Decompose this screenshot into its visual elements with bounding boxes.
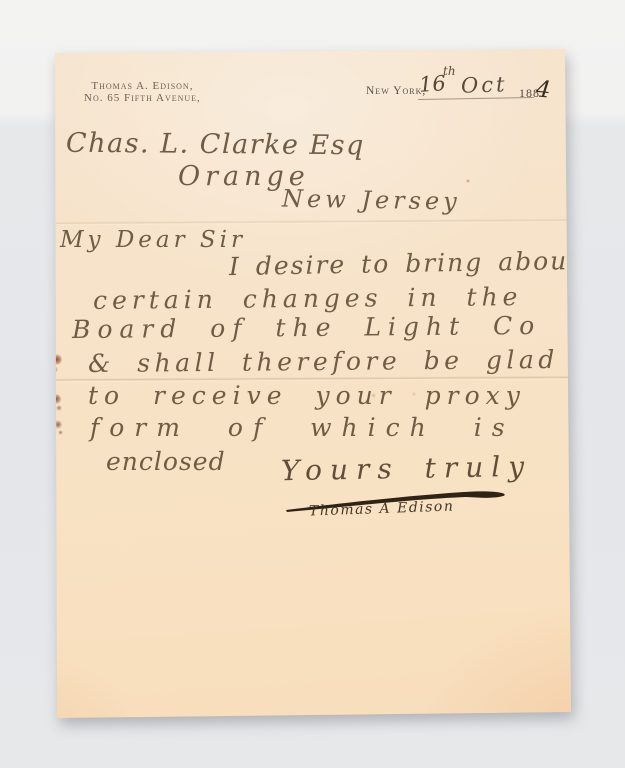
- photo-background: Thomas A. Edison, No. 65 Fifth Avenue, N…: [0, 0, 625, 768]
- salutation: My Dear Sir: [60, 227, 246, 253]
- recipient-name: Chas. L. Clarke Esq: [66, 128, 365, 162]
- body-line: to receive your proxy: [88, 381, 526, 410]
- foxing-spot: [56, 405, 62, 411]
- dateline-day-suffix: th: [443, 64, 456, 78]
- fold-crease-top: [56, 218, 568, 225]
- body-line: I desire to bring about: [229, 246, 581, 281]
- dateline-month: Oct: [461, 72, 508, 98]
- foxing-spot: [52, 354, 62, 365]
- letter-paper: Thomas A. Edison, No. 65 Fifth Avenue, N…: [0, 0, 625, 768]
- letterhead-name: Thomas A. Edison,: [84, 80, 201, 92]
- letter-paper-shadow: Thomas A. Edison, No. 65 Fifth Avenue, N…: [0, 0, 625, 768]
- foxing-spot: [50, 338, 55, 344]
- closing: Yours truly: [281, 450, 533, 487]
- signature: Thomas A Edison: [309, 498, 455, 519]
- foxing-spot: [54, 420, 62, 429]
- body-line: & shall therefore be glad: [88, 345, 559, 378]
- dateline-rule: [418, 97, 534, 100]
- body-line: enclosed: [106, 447, 226, 476]
- body-line: form of which is: [90, 413, 515, 442]
- body-line: Board of the Light Co: [72, 311, 541, 344]
- letterhead-address: No. 65 Fifth Avenue,: [84, 92, 201, 104]
- foxing-spot: [52, 394, 61, 404]
- recipient-state: New Jersey: [282, 184, 461, 215]
- letterhead: Thomas A. Edison, No. 65 Fifth Avenue,: [84, 80, 201, 104]
- dateline-city: New York,: [366, 85, 426, 97]
- foxing-spot: [466, 179, 470, 183]
- body-line: certain changes in the: [93, 282, 523, 315]
- foxing-spot: [51, 366, 58, 373]
- dateline-year-digit: 4: [535, 76, 552, 103]
- foxing-spot: [58, 430, 63, 435]
